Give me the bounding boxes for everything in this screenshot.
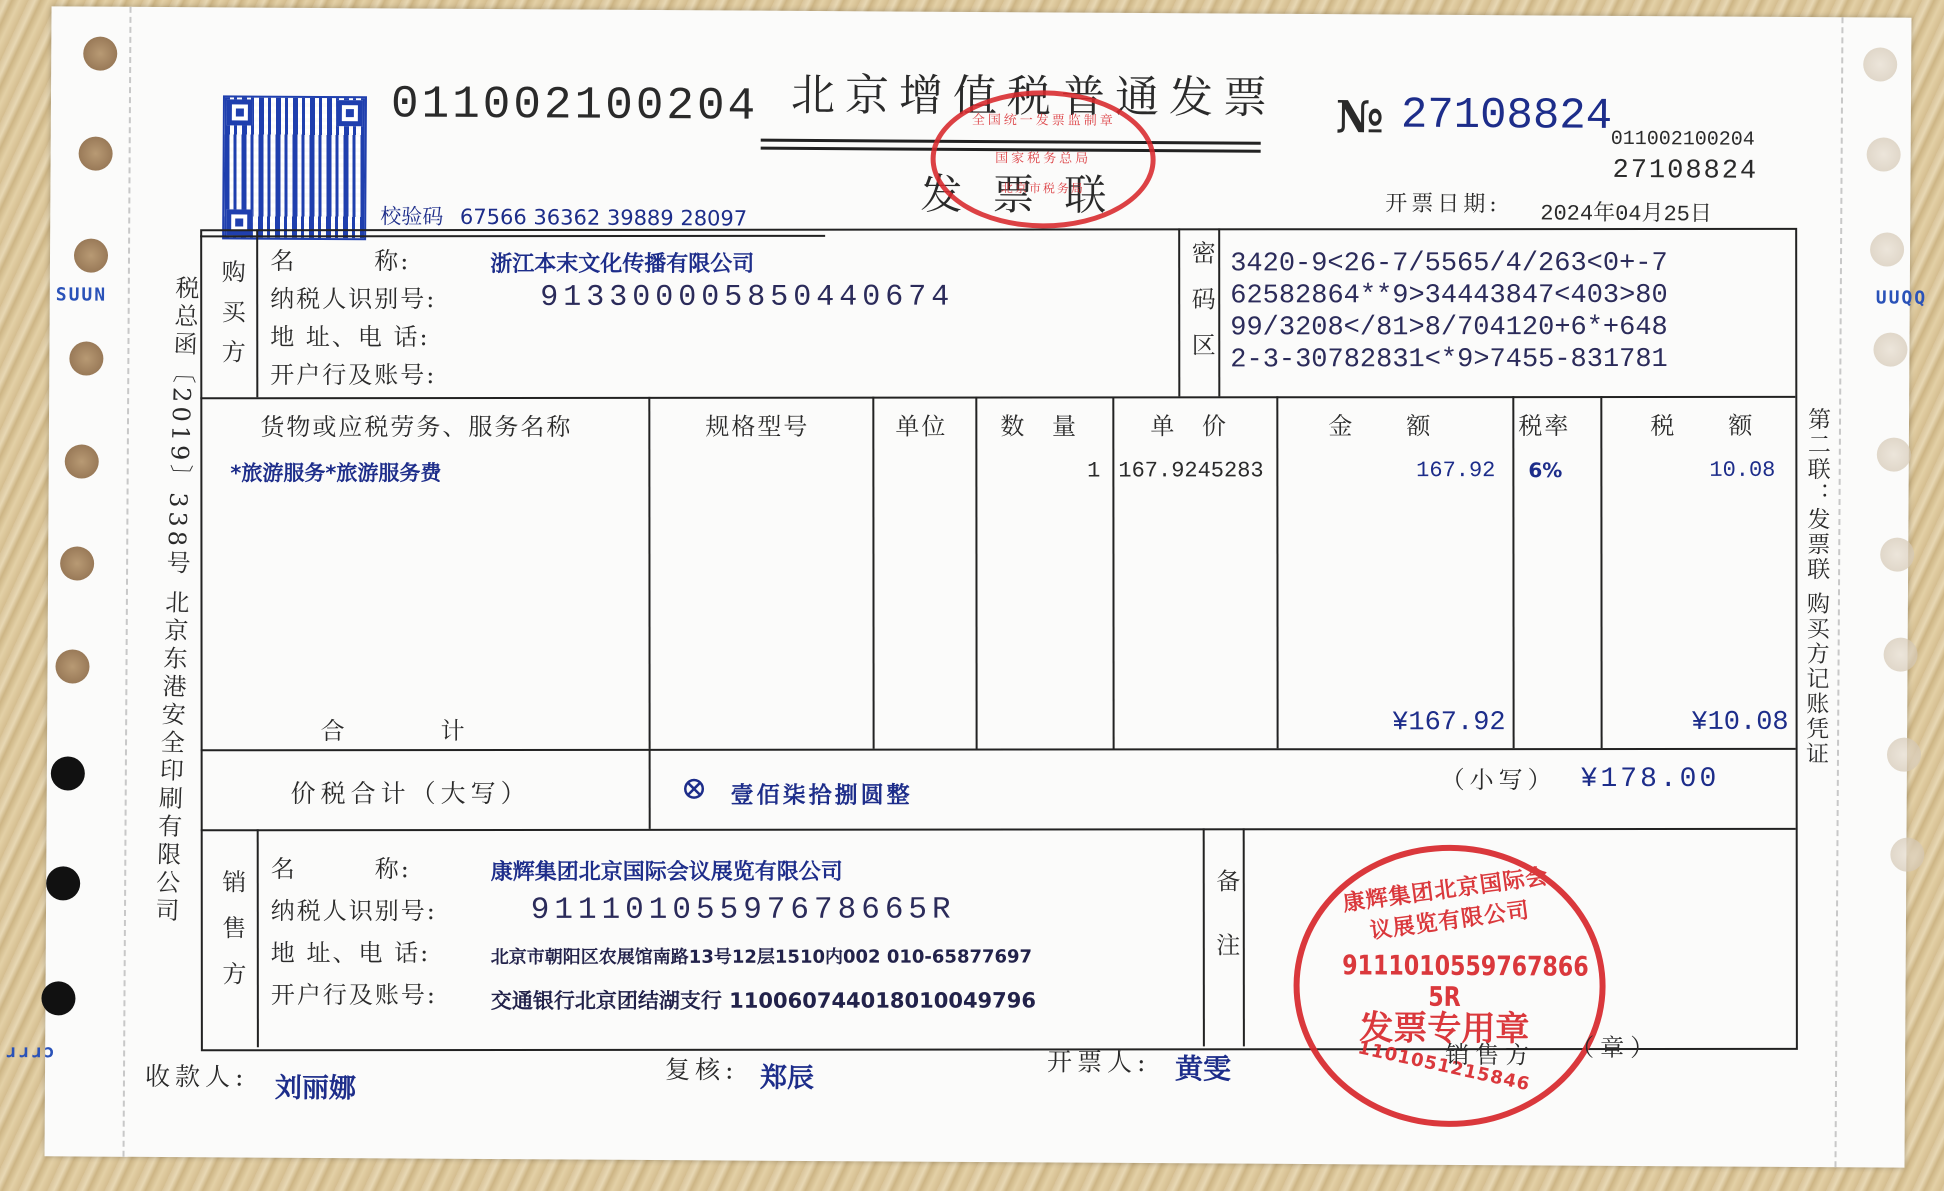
cipher-section-label: 密码区 <box>1184 240 1219 378</box>
feed-hole <box>1870 232 1904 266</box>
feed-hole <box>1890 838 1924 872</box>
edge-code-left-bottom: ɹɹɹɔ <box>5 1041 56 1062</box>
edge-code-left: SUUN <box>56 284 107 305</box>
remarks-label: 备注 <box>1209 868 1244 996</box>
header-item-name: 货物或应税劳务、服务名称 <box>260 407 572 442</box>
feed-hole <box>65 444 99 478</box>
feed-hole <box>1863 47 1897 81</box>
item-name: *旅游服务*旅游服务费 <box>230 457 441 487</box>
invoice-code: 011002100204 <box>391 78 759 132</box>
buyer-name-label: 名 称: <box>270 241 410 276</box>
feed-hole <box>1873 332 1907 366</box>
header-qty: 数 量 <box>1000 406 1086 441</box>
buyer-bank-label: 开户行及账号: <box>270 355 436 390</box>
item-qty: 1 <box>1000 458 1100 483</box>
feed-hole <box>1880 538 1914 572</box>
header-unit: 单位 <box>895 407 947 442</box>
feed-hole <box>69 341 103 375</box>
perforation-left <box>123 7 132 1157</box>
header-spec: 规格型号 <box>705 407 809 442</box>
seller-invoice-seal: 康辉集团北京国际会议展览有限公司 9111010559767866​5R 发票专… <box>1293 844 1607 1128</box>
header-tax: 税 额 <box>1650 406 1754 441</box>
feed-hole <box>46 866 80 900</box>
buyer-name: 浙江本末文化传播有限公司 <box>490 247 754 278</box>
check-code: 67566 36362 39889 28097 <box>460 205 747 231</box>
feed-hole <box>1887 738 1921 772</box>
total-label: 合 计 <box>321 711 471 746</box>
seller-tax-id-label: 纳税人识别号: <box>271 891 437 926</box>
feed-hole <box>1877 437 1911 471</box>
seller-name: 康辉集团北京国际会议展览有限公司 <box>491 855 843 886</box>
seller-name-label: 名 称: <box>271 849 411 884</box>
grand-total-lowercase: ¥178.00 <box>1581 764 1720 795</box>
seller-address-label: 地 址、电 话: <box>271 933 430 968</box>
edge-code-right: UUQQ <box>1876 287 1927 308</box>
header-rate: 税率 <box>1518 406 1570 441</box>
payee-label: 收款人: <box>145 1057 249 1094</box>
grand-total-lowercase-label: （小写） <box>1441 760 1557 795</box>
feed-hole <box>41 981 75 1015</box>
feed-hole <box>1867 137 1901 171</box>
header-price: 单 价 <box>1150 406 1236 441</box>
seal-suffix: （章） <box>1570 1028 1660 1064</box>
feed-hole <box>1884 638 1918 672</box>
reviewer-name: 郑辰 <box>760 1056 814 1095</box>
copy-info: 第二联：发票联 购买方记账凭证 <box>1799 407 1834 767</box>
invoice-code-small: 011002100204 <box>1611 128 1755 152</box>
total-tax: ¥10.08 <box>1611 708 1789 738</box>
issuer-name: 黄雯 <box>1175 1047 1231 1087</box>
seller-section-label: 销售方 <box>215 869 250 1007</box>
seller-tax-id: 9111010559767866​5R <box>531 893 956 928</box>
seller-address: 北京市朝阳区农展馆南路13号12层1510内002 010-65877697 <box>491 943 1032 969</box>
printer-info: 税总函〔2019〕338号 北京东港安全印刷有限公司 <box>147 275 203 926</box>
check-code-label: 校验码 <box>380 204 443 228</box>
seller-seal-label: 销售方 <box>1445 1035 1535 1071</box>
invoice-paper: SUUN UUQQ ɹɹɹɔ 011002100204 校验码 67566 36… <box>45 6 1912 1167</box>
number-symbol: № <box>1336 92 1384 143</box>
buyer-tax-id-label: 纳税人识别号: <box>270 279 436 314</box>
feed-hole <box>83 37 117 71</box>
seller-bank: 交通银行北京团结湖支行 110060744018010049796 <box>491 985 1036 1015</box>
item-rate: 6% <box>1528 458 1562 482</box>
item-tax: 10.08 <box>1610 458 1775 483</box>
total-amount: ¥167.92 <box>1301 708 1506 738</box>
check-code-row: 校验码 67566 36362 39889 28097 <box>380 200 747 232</box>
qr-code <box>222 95 367 240</box>
grand-total-uppercase: 壹佰柒拾捌圆整 <box>731 777 913 810</box>
item-price: 167.9245283 <box>1118 458 1263 483</box>
buyer-tax-id: 91330000585044067​4 <box>540 281 954 315</box>
invoice-number: 27108824 <box>1401 91 1613 142</box>
seller-bank-label: 开户行及账号: <box>271 975 437 1010</box>
buyer-section-label: 购买方 <box>214 259 249 379</box>
feed-hole <box>79 136 113 170</box>
feed-hole <box>60 546 94 580</box>
issue-date: 2024年04月25日 <box>1540 195 1712 227</box>
header-amount: 金 额 <box>1328 406 1432 441</box>
cipher-text: 3420-9<26-7/5565/4/263<0+-7 62582864**9>… <box>1230 248 1668 376</box>
feed-hole <box>55 649 89 683</box>
issue-date-label: 开票日期: <box>1385 186 1501 218</box>
seal-ring-text: 康辉集团北京国际会议展览有限公司 <box>1337 859 1558 949</box>
circle-x-icon: ⊗ <box>681 769 708 807</box>
issuer-label: 开票人: <box>1047 1042 1151 1079</box>
payee-name: 刘丽娜 <box>275 1066 356 1105</box>
reviewer-label: 复核: <box>665 1050 739 1086</box>
grand-total-label: 价税合计（大写） <box>291 774 531 810</box>
invoice-number-small: 27108824 <box>1612 156 1758 187</box>
buyer-address-label: 地 址、电 话: <box>270 317 429 352</box>
feed-hole <box>51 756 85 790</box>
item-amount: 167.92 <box>1300 458 1495 483</box>
perforation-right <box>1834 17 1843 1167</box>
feed-hole <box>74 238 108 272</box>
tax-bureau-stamp: 全国统一发票监制章 国家税务总局 北京市税务局 <box>930 90 1156 229</box>
